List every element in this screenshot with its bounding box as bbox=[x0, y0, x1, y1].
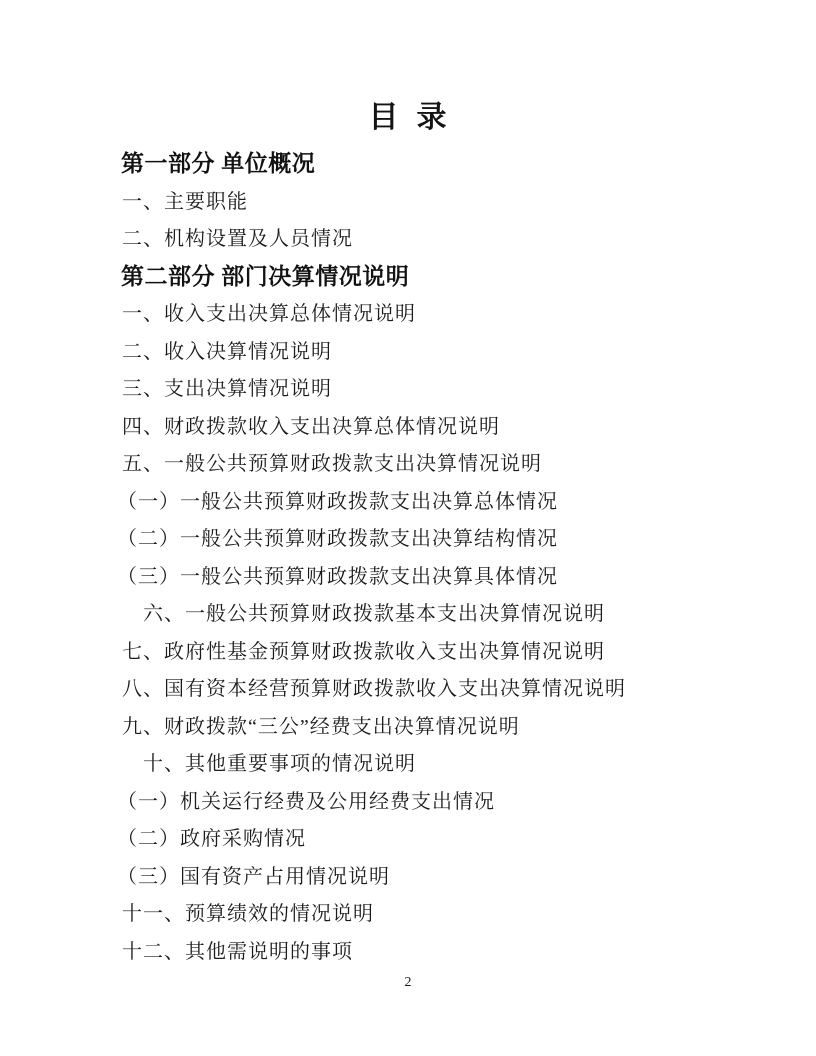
page-title: 目 录 bbox=[0, 0, 816, 135]
toc-entry: 二、机构设置及人员情况 bbox=[0, 218, 816, 256]
page-number: 2 bbox=[0, 975, 816, 991]
toc-entry: 七、政府性基金预算财政拨款收入支出决算情况说明 bbox=[0, 631, 816, 669]
toc-entry: （三）一般公共预算财政拨款支出决算具体情况 bbox=[0, 556, 816, 594]
toc-entry: 一、收入支出决算总体情况说明 bbox=[0, 293, 816, 331]
toc-entry: 八、国有资本经营预算财政拨款收入支出决算情况说明 bbox=[0, 668, 816, 706]
toc-entry: 十二、其他需说明的事项 bbox=[0, 931, 816, 969]
toc-entry: 六、一般公共预算财政拨款基本支出决算情况说明 bbox=[0, 593, 816, 631]
toc-entry: 四、财政拨款收入支出决算总体情况说明 bbox=[0, 406, 816, 444]
toc-list: 第一部分 单位概况一、主要职能二、机构设置及人员情况第二部分 部门决算情况说明一… bbox=[0, 143, 816, 968]
toc-entry: 一、主要职能 bbox=[0, 181, 816, 219]
toc-entry: 二、收入决算情况说明 bbox=[0, 331, 816, 369]
toc-section-heading: 第二部分 部门决算情况说明 bbox=[0, 256, 816, 294]
toc-entry: （二）一般公共预算财政拨款支出决算结构情况 bbox=[0, 518, 816, 556]
toc-entry: 十、其他重要事项的情况说明 bbox=[0, 743, 816, 781]
toc-entry: 十一、预算绩效的情况说明 bbox=[0, 893, 816, 931]
document-page: 目 录 第一部分 单位概况一、主要职能二、机构设置及人员情况第二部分 部门决算情… bbox=[0, 0, 816, 1056]
toc-entry: （二）政府采购情况 bbox=[0, 818, 816, 856]
toc-entry: （一）机关运行经费及公用经费支出情况 bbox=[0, 781, 816, 819]
toc-entry: 五、一般公共预算财政拨款支出决算情况说明 bbox=[0, 443, 816, 481]
toc-entry: 九、财政拨款“三公”经费支出决算情况说明 bbox=[0, 706, 816, 744]
toc-section-heading: 第一部分 单位概况 bbox=[0, 143, 816, 181]
toc-entry: （三）国有资产占用情况说明 bbox=[0, 856, 816, 894]
toc-entry: 三、支出决算情况说明 bbox=[0, 368, 816, 406]
toc-entry: （一）一般公共预算财政拨款支出决算总体情况 bbox=[0, 481, 816, 519]
